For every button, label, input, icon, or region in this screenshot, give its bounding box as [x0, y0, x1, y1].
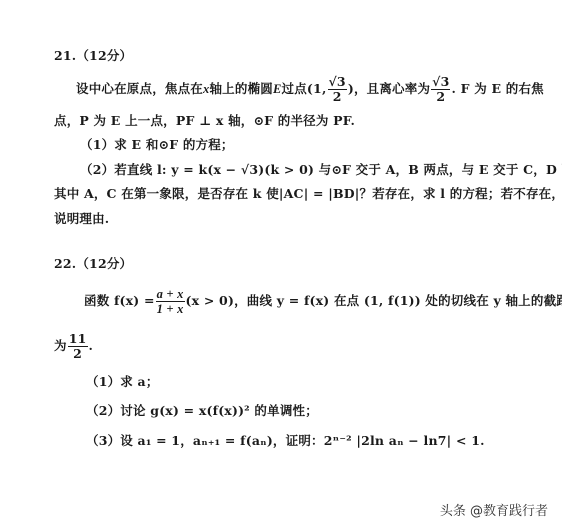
- q21-line6: 说明理由.: [54, 211, 109, 227]
- q22-line2: 为112.: [54, 327, 93, 365]
- q21-part1: （1）求 E 和⊙F 的方程；: [80, 137, 234, 153]
- q22-part3: （3）设 a₁ = 1，aₙ₊₁ = f(aₙ)，证明：2ⁿ⁻² |2ln aₙ…: [86, 433, 485, 449]
- fraction-11-over-2: 112: [68, 332, 88, 361]
- exam-page: 21.（12分） 设中心在原点，焦点在x轴上的椭圆E过点(1,√32)，且离心率…: [0, 0, 562, 531]
- q22-header: 22.（12分）: [54, 256, 132, 272]
- q21-part2: （2）若直线 l: y = k(x − √3)(k > 0) 与⊙F 交于 A，…: [80, 162, 562, 178]
- q21-line1: 设中心在原点，焦点在x轴上的椭圆E过点(1,√32)，且离心率为√32. F 为…: [76, 70, 544, 108]
- q22-line1: 函数 f(x) =a + x1 + x(x > 0)，曲线 y = f(x) 在…: [84, 282, 562, 320]
- fraction-sqrt3-over-2: √32: [328, 75, 347, 104]
- q21-header: 21.（12分）: [54, 48, 132, 64]
- watermark: 头条 @教育践行者: [440, 500, 548, 519]
- q22-part2: （2）讨论 g(x) = x(f(x))² 的单调性；: [86, 403, 318, 419]
- q21-line5: 其中 A，C 在第一象限，是否存在 k 使|AC| = |BD|？若存在，求 l…: [54, 186, 562, 202]
- fraction-eccentricity: √32: [431, 75, 450, 104]
- q21-line2: 点，P 为 E 上一点，PF ⊥ x 轴，⊙F 的半径为 PF.: [54, 113, 355, 129]
- fraction-a-plus-x-over-1-plus-x: a + x1 + x: [156, 287, 185, 316]
- q22-part1: （1）求 a；: [86, 374, 159, 390]
